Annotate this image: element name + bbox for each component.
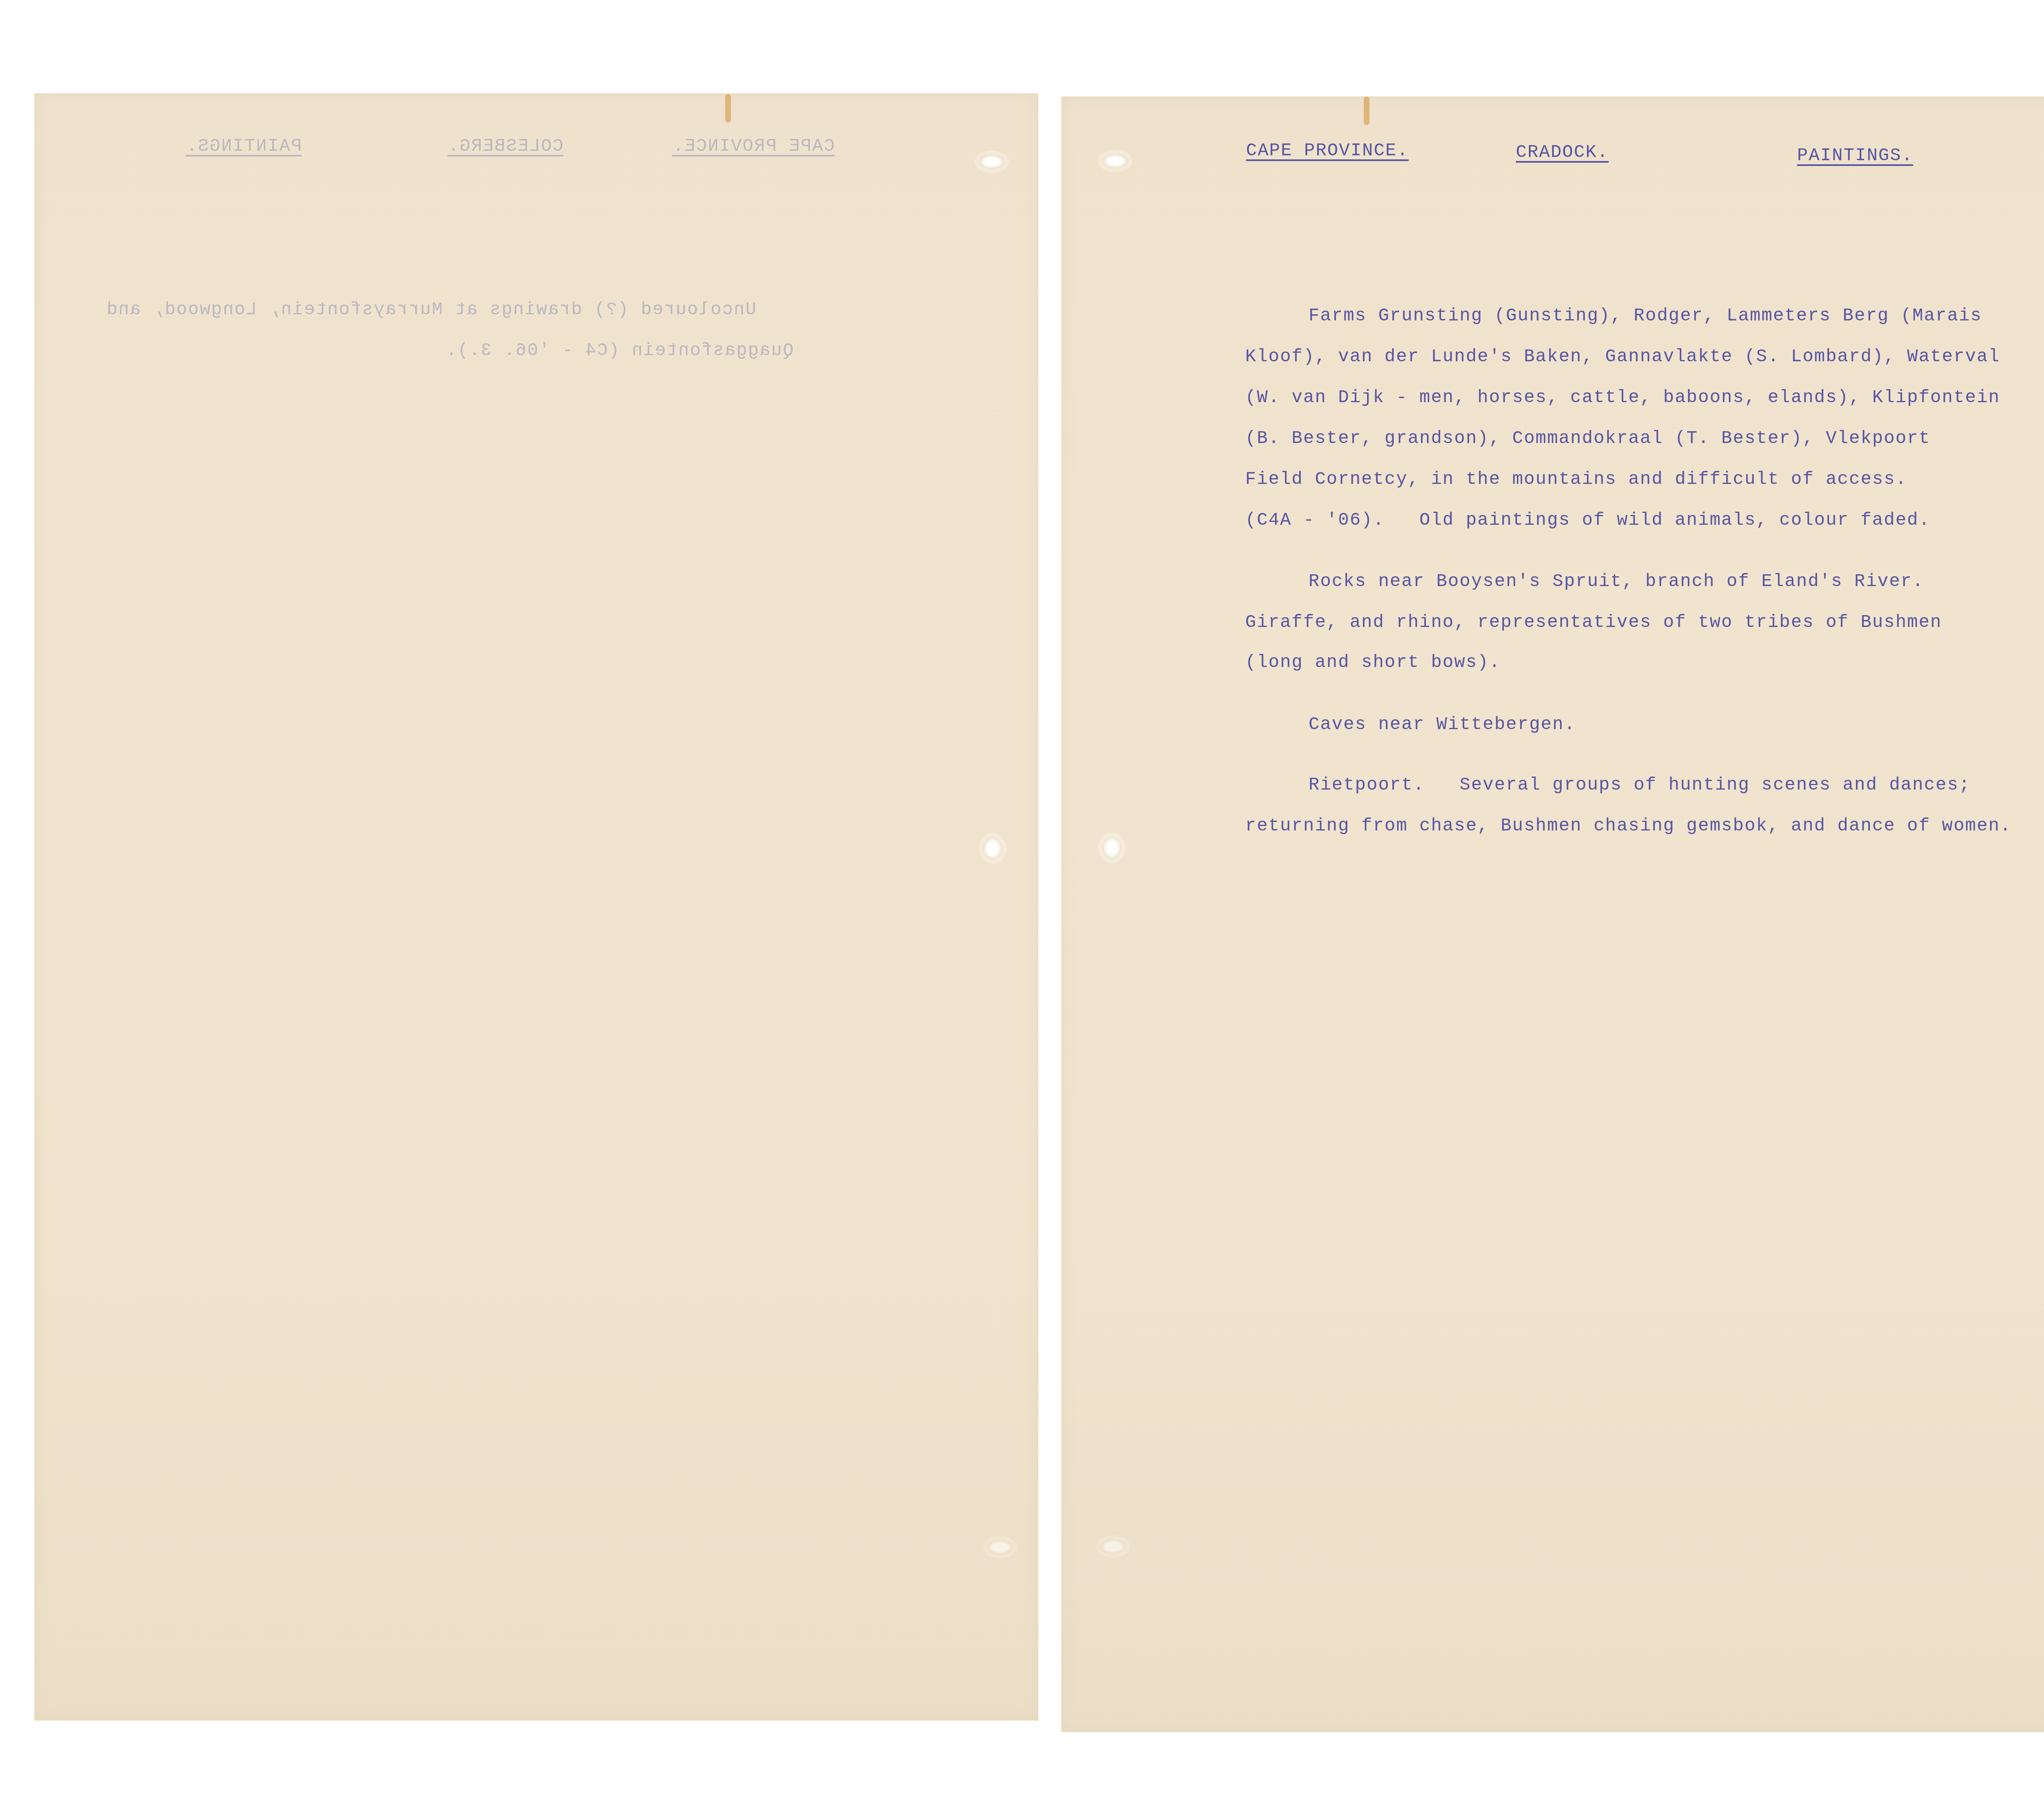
- body-line: (W. van Dijk - men, horses, cattle, babo…: [1245, 387, 2000, 408]
- bleed-header-region: CAPE PROVINCE.: [672, 136, 835, 157]
- rust-stain: [725, 94, 731, 123]
- body-line: Field Cornetcy, in the mountains and dif…: [1245, 469, 1907, 490]
- punch-hole-top: [979, 154, 1005, 169]
- body-line: Rocks near Booysen's Spruit, branch of E…: [1309, 571, 1924, 592]
- header-district: CRADOCK.: [1516, 142, 1609, 163]
- body-line: Caves near Wittebergen.: [1309, 714, 1576, 735]
- body-line: returning from chase, Bushmen chasing ge…: [1245, 816, 2012, 836]
- punch-hole-bottom: [987, 1540, 1013, 1555]
- header-region: CAPE PROVINCE.: [1246, 141, 1409, 161]
- header-category: PAINTINGS.: [1797, 145, 1913, 166]
- body-line: Kloof), van der Lunde's Baken, Gannavlak…: [1245, 347, 2000, 367]
- bleed-header-category: PAINTINGS.: [186, 136, 302, 157]
- rust-stain: [1364, 96, 1369, 125]
- right-page: CAPE PROVINCE. CRADOCK. PAINTINGS. Farms…: [1061, 96, 2044, 1732]
- punch-hole-top: [1102, 154, 1128, 168]
- punch-hole-bottom: [1100, 1539, 1126, 1554]
- left-page: CAPE PROVINCE. COLESBERG. PAINTINGS. Unc…: [34, 93, 1038, 1721]
- body-line: (long and short bows).: [1245, 652, 1501, 673]
- body-line: Farms Grunsting (Gunsting), Rodger, Lamm…: [1309, 306, 1982, 326]
- bleed-header-district: COLESBERG.: [447, 136, 563, 157]
- punch-hole-middle: [1102, 836, 1122, 859]
- body-line: (B. Bester, grandson), Commandokraal (T.…: [1245, 428, 1930, 449]
- punch-hole-middle: [983, 837, 1002, 860]
- bleed-body-line: Quaggasfontein (C4 - '06. 3.).: [445, 340, 793, 361]
- body-line: Giraffe, and rhino, representatives of t…: [1245, 612, 1942, 633]
- bleed-body-line: Uncoloured (?) drawings at Murraysfontei…: [106, 300, 756, 320]
- body-line: (C4A - '06). Old paintings of wild anima…: [1245, 510, 1930, 530]
- body-line: Rietpoort. Several groups of hunting sce…: [1309, 775, 1970, 795]
